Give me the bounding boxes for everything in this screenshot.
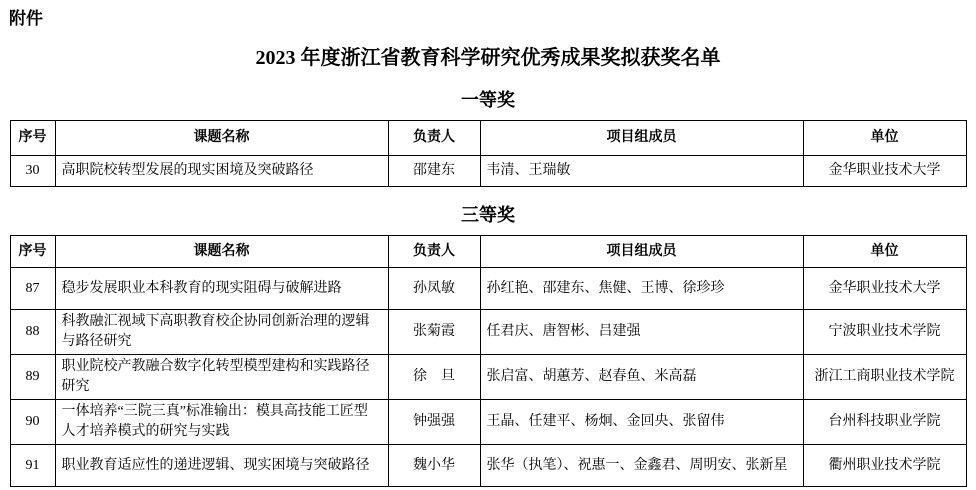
cell-members: 张华（执笔）、祝惠一、金鑫君、周明安、张新星 (480, 445, 803, 487)
cell-unit: 台州科技职业学院 (803, 400, 966, 445)
cell-no: 88 (10, 310, 55, 355)
cell-no: 89 (10, 355, 55, 400)
cell-leader: 孙凤敏 (388, 268, 480, 310)
table-row: 89 职业院校产教融合数字化转型模型建构和实践路径研究 徐 旦 张启富、胡蕙芳、… (10, 355, 966, 400)
cell-unit: 宁波职业技术学院 (803, 310, 966, 355)
cell-members: 韦清、王瑞敏 (480, 156, 803, 187)
table-row: 88 科教融汇视域下高职教育校企协同创新治理的逻辑与路径研究 张菊霞 任君庆、唐… (10, 310, 966, 355)
cell-project: 职业院校产教融合数字化转型模型建构和实践路径研究 (55, 355, 388, 400)
column-header-unit: 单位 (803, 236, 966, 268)
column-header-project: 课题名称 (55, 236, 388, 268)
cell-leader: 张菊霞 (388, 310, 480, 355)
column-header-leader: 负责人 (388, 121, 480, 156)
page-title: 2023 年度浙江省教育科学研究优秀成果奖拟获奖名单 (0, 44, 976, 72)
column-header-members: 项目组成员 (480, 236, 803, 268)
document-page: 附件 2023 年度浙江省教育科学研究优秀成果奖拟获奖名单 一等奖 序号 课题名… (0, 0, 976, 490)
cell-project: 高职院校转型发展的现实困境及突破路径 (55, 156, 388, 187)
table-row: 91 职业教育适应性的递进逻辑、现实困境与突破路径 魏小华 张华（执笔）、祝惠一… (10, 445, 966, 487)
third-prize-table: 序号 课题名称 负责人 项目组成员 单位 87 稳步发展职业本科教育的现实阻碍与… (10, 235, 967, 487)
cell-members: 王晶、任建平、杨炯、金回央、张留伟 (480, 400, 803, 445)
cell-leader: 徐 旦 (388, 355, 480, 400)
section-heading-third-prize: 三等奖 (0, 203, 976, 227)
cell-unit: 衢州职业技术学院 (803, 445, 966, 487)
column-header-no: 序号 (10, 121, 55, 156)
table-header-row: 序号 课题名称 负责人 项目组成员 单位 (10, 236, 966, 268)
cell-no: 87 (10, 268, 55, 310)
cell-members: 任君庆、唐智彬、吕建强 (480, 310, 803, 355)
cell-no: 91 (10, 445, 55, 487)
cell-project: 科教融汇视域下高职教育校企协同创新治理的逻辑与路径研究 (55, 310, 388, 355)
cell-no: 30 (10, 156, 55, 187)
table-row: 87 稳步发展职业本科教育的现实阻碍与破解进路 孙凤敏 孙红艳、邵建东、焦健、王… (10, 268, 966, 310)
cell-project: 职业教育适应性的递进逻辑、现实困境与突破路径 (55, 445, 388, 487)
attachment-label: 附件 (0, 0, 976, 30)
cell-members: 张启富、胡蕙芳、赵春鱼、米高磊 (480, 355, 803, 400)
cell-leader: 钟强强 (388, 400, 480, 445)
table-header-row: 序号 课题名称 负责人 项目组成员 单位 (10, 121, 966, 156)
cell-project: 一体培养“三院三真”标准输出：模具高技能工匠型人才培养模式的研究与实践 (55, 400, 388, 445)
cell-leader: 魏小华 (388, 445, 480, 487)
cell-members: 孙红艳、邵建东、焦健、王博、徐珍珍 (480, 268, 803, 310)
table-row: 90 一体培养“三院三真”标准输出：模具高技能工匠型人才培养模式的研究与实践 钟… (10, 400, 966, 445)
table-row: 30 高职院校转型发展的现实困境及突破路径 邵建东 韦清、王瑞敏 金华职业技术大… (10, 156, 966, 187)
column-header-members: 项目组成员 (480, 121, 803, 156)
cell-leader: 邵建东 (388, 156, 480, 187)
cell-no: 90 (10, 400, 55, 445)
cell-unit: 金华职业技术大学 (803, 268, 966, 310)
cell-project: 稳步发展职业本科教育的现实阻碍与破解进路 (55, 268, 388, 310)
cell-unit: 浙江工商职业技术学院 (803, 355, 966, 400)
column-header-no: 序号 (10, 236, 55, 268)
column-header-unit: 单位 (803, 121, 966, 156)
column-header-project: 课题名称 (55, 121, 388, 156)
first-prize-table: 序号 课题名称 负责人 项目组成员 单位 30 高职院校转型发展的现实困境及突破… (10, 120, 967, 187)
section-heading-first-prize: 一等奖 (0, 88, 976, 112)
column-header-leader: 负责人 (388, 236, 480, 268)
cell-unit: 金华职业技术大学 (803, 156, 966, 187)
